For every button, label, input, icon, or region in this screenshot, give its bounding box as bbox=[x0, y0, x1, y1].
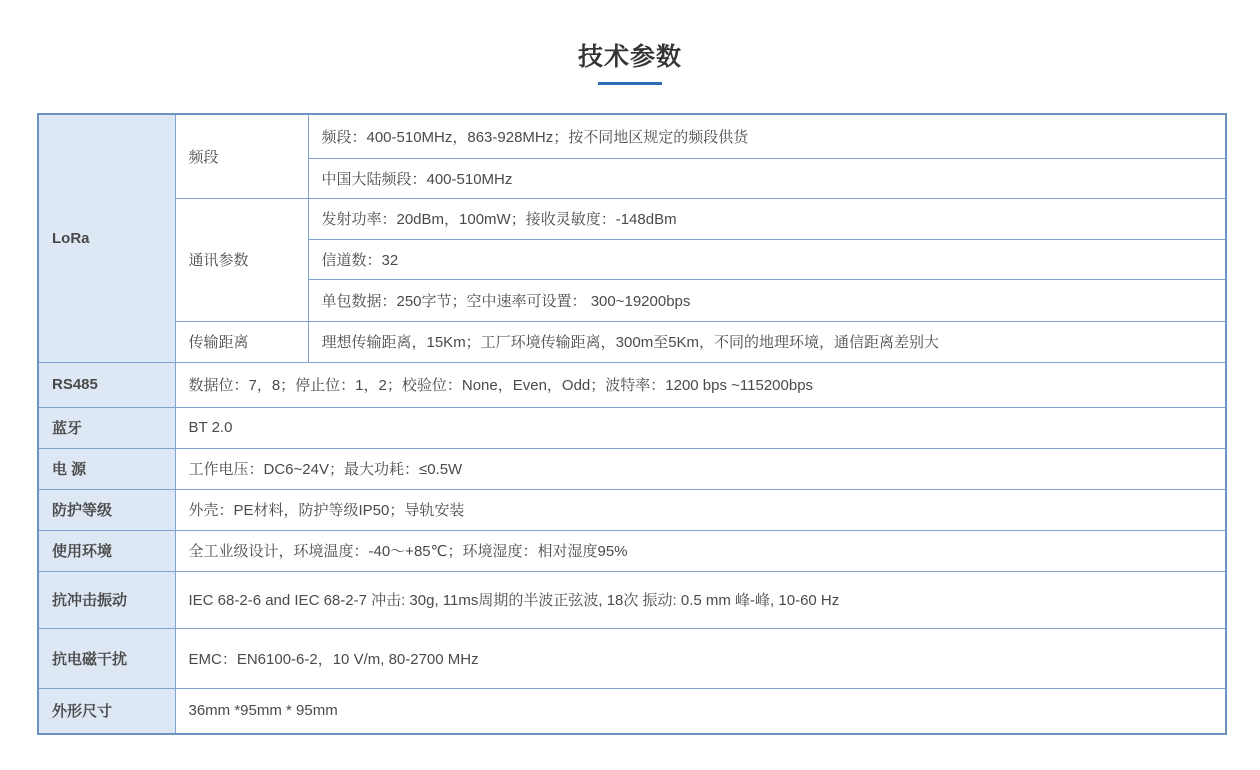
table-row: 防护等级 外壳：PE材料，防护等级IP50；导轨安装 bbox=[38, 489, 1226, 530]
spec-row-label: 抗冲击振动 bbox=[38, 571, 175, 628]
title-underline bbox=[598, 82, 662, 85]
page-title: 技术参数 bbox=[0, 42, 1260, 72]
table-row: 抗电磁干扰 EMC：EN6100-6-2，10 V/m, 80-2700 MHz bbox=[38, 628, 1226, 688]
spec-value: 36mm *95mm * 95mm bbox=[175, 688, 1226, 734]
table-row: 外形尺寸 36mm *95mm * 95mm bbox=[38, 688, 1226, 734]
spec-value: 发射功率：20dBm，100mW；接收灵敏度：-148dBm bbox=[308, 198, 1226, 239]
spec-value: IEC 68-2-6 and IEC 68-2-7 冲击: 30g, 11ms周… bbox=[175, 571, 1226, 628]
spec-value: 全工业级设计，环境温度：-40～+85℃；环境湿度：相对湿度95% bbox=[175, 530, 1226, 571]
table-row: 抗冲击振动 IEC 68-2-6 and IEC 68-2-7 冲击: 30g,… bbox=[38, 571, 1226, 628]
spec-value: EMC：EN6100-6-2，10 V/m, 80-2700 MHz bbox=[175, 628, 1226, 688]
spec-value: 外壳：PE材料，防护等级IP50；导轨安装 bbox=[175, 489, 1226, 530]
spec-sub-label-comm: 通讯参数 bbox=[175, 198, 308, 321]
table-row: 电 源 工作电压：DC6~24V；最大功耗：≤0.5W bbox=[38, 448, 1226, 489]
spec-row-label: 防护等级 bbox=[38, 489, 175, 530]
spec-value: 频段：400-510MHz，863-928MHz；按不同地区规定的频段供货 bbox=[308, 114, 1226, 158]
spec-row-label: 使用环境 bbox=[38, 530, 175, 571]
spec-value: 中国大陆频段：400-510MHz bbox=[308, 158, 1226, 198]
spec-row-label: RS485 bbox=[38, 362, 175, 407]
spec-value: 单包数据：250字节；空中速率可设置： 300~19200bps bbox=[308, 279, 1226, 321]
spec-value: 数据位：7，8；停止位：1，2；校验位：None，Even，Odd；波特率：12… bbox=[175, 362, 1226, 407]
spec-value: 工作电压：DC6~24V；最大功耗：≤0.5W bbox=[175, 448, 1226, 489]
spec-sub-label-distance: 传输距离 bbox=[175, 321, 308, 362]
spec-group-label-lora: LoRa bbox=[38, 114, 175, 362]
table-row: 通讯参数 发射功率：20dBm，100mW；接收灵敏度：-148dBm bbox=[38, 198, 1226, 239]
spec-row-label: 蓝牙 bbox=[38, 407, 175, 448]
table-row: 使用环境 全工业级设计，环境温度：-40～+85℃；环境湿度：相对湿度95% bbox=[38, 530, 1226, 571]
spec-value: 信道数：32 bbox=[308, 239, 1226, 279]
spec-row-label: 电 源 bbox=[38, 448, 175, 489]
table-row: LoRa 频段 频段：400-510MHz，863-928MHz；按不同地区规定… bbox=[38, 114, 1226, 158]
spec-row-label: 外形尺寸 bbox=[38, 688, 175, 734]
spec-value: 理想传输距离，15Km；工厂环境传输距离，300m至5Km，不同的地理环境，通信… bbox=[308, 321, 1226, 362]
table-row: 传输距离 理想传输距离，15Km；工厂环境传输距离，300m至5Km，不同的地理… bbox=[38, 321, 1226, 362]
table-row: RS485 数据位：7，8；停止位：1，2；校验位：None，Even，Odd；… bbox=[38, 362, 1226, 407]
spec-page: 技术参数 LoRa 频段 频段：400-510MHz，863-928MHz；按不… bbox=[0, 0, 1260, 770]
spec-row-label: 抗电磁干扰 bbox=[38, 628, 175, 688]
specs-table: LoRa 频段 频段：400-510MHz，863-928MHz；按不同地区规定… bbox=[37, 113, 1227, 735]
spec-sub-label-band: 频段 bbox=[175, 114, 308, 198]
spec-value: BT 2.0 bbox=[175, 407, 1226, 448]
table-row: 蓝牙 BT 2.0 bbox=[38, 407, 1226, 448]
